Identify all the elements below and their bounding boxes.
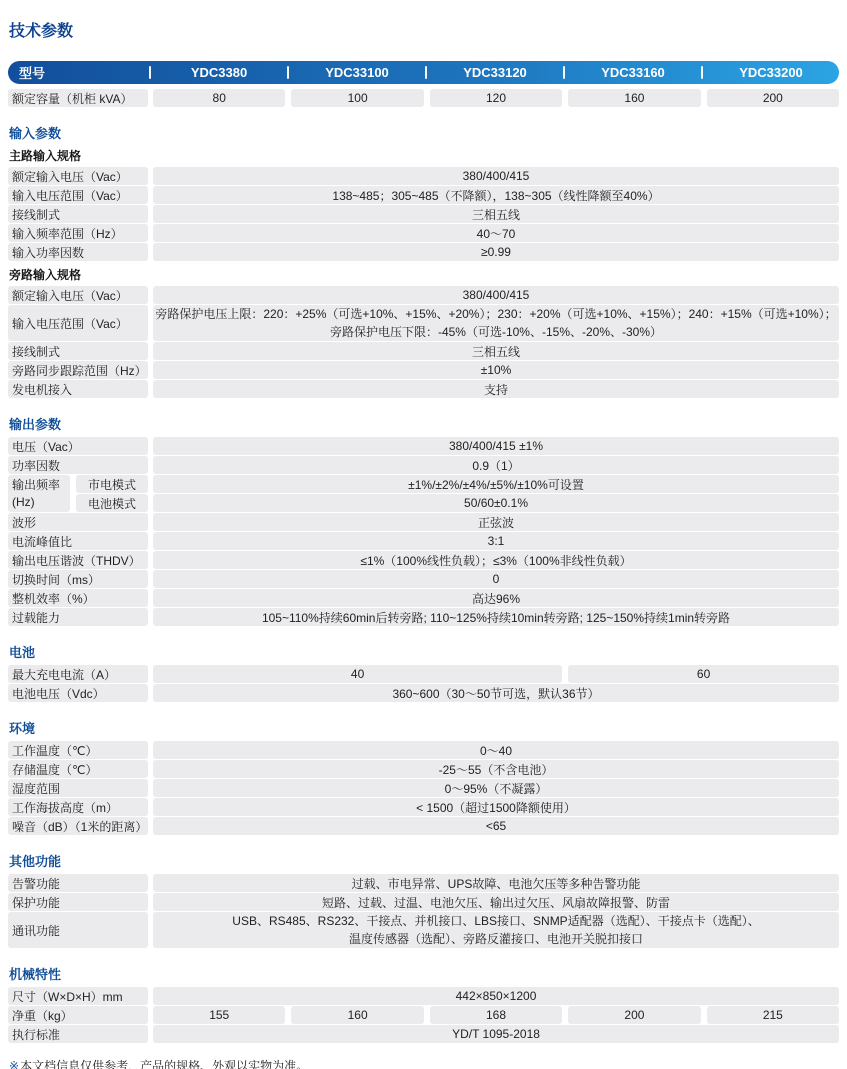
- row-label: 保护功能: [8, 893, 148, 911]
- row-values: 80 100 120 160 200: [153, 89, 839, 107]
- row-value: 0: [153, 570, 839, 588]
- spec-row-overload: 过载能力 105~110%持续60min后转旁路; 110~125%持续10mi…: [8, 608, 839, 626]
- row-value: 高达96%: [153, 589, 839, 607]
- spec-row-bypass-wiring: 接线制式 三相五线: [8, 342, 839, 360]
- value-cell: 80: [153, 89, 285, 107]
- spec-row-alarm: 告警功能 过载、市电异常、UPS故障、电池欠压等多种告警功能: [8, 874, 839, 892]
- row-value-line2: 温度传感器（选配）、旁路反灌接口、电池开关脱扣接口: [349, 930, 643, 948]
- model-name-ydc33200: YDC33200: [703, 65, 839, 80]
- row-value: 138~485；305~485（不降额），138~305（线性降额至40%）: [153, 186, 839, 204]
- row-value: 0.9（1）: [153, 456, 839, 474]
- spec-row-output-frequency: 输出频率 (Hz) 市电模式 电池模式 ±1%/±2%/±4%/±5%/±10%…: [8, 475, 839, 512]
- model-name-ydc33120: YDC33120: [427, 65, 563, 80]
- row-label: 发电机接入: [8, 380, 148, 398]
- spec-row-efficiency: 整机效率（%） 高达96%: [8, 589, 839, 607]
- row-value: 105~110%持续60min后转旁路; 110~125%持续10min转旁路;…: [153, 608, 839, 626]
- row-label: 波形: [8, 513, 148, 531]
- row-value: ≥0.99: [153, 243, 839, 261]
- spec-row-noise: 噪音（dB）（1米的距离） <65: [8, 817, 839, 835]
- value-cell-models-160-200: 60: [568, 665, 839, 683]
- row-value: <65: [153, 817, 839, 835]
- section-title-other-functions: 其他功能: [9, 851, 839, 870]
- row-value: -25～55（不含电池）: [153, 760, 839, 778]
- spec-row-bypass-sync-range: 旁路同步跟踪范围（Hz） ±10%: [8, 361, 839, 379]
- spec-row-crest-factor: 电流峰值比 3:1: [8, 532, 839, 550]
- value-cell: 120: [430, 89, 562, 107]
- row-label: 电流峰值比: [8, 532, 148, 550]
- spec-row-humidity: 湿度范围 0～95%（不凝露）: [8, 779, 839, 797]
- mains-mode-value: ±1%/±2%/±4%/±5%/±10%可设置: [153, 475, 839, 493]
- model-column-header: 型号: [8, 63, 149, 82]
- row-label-line2: (Hz): [12, 494, 70, 511]
- footnote-mark-icon: ※: [9, 1059, 19, 1069]
- value-cell: 200: [707, 89, 839, 107]
- section-title-input: 输入参数: [9, 123, 839, 142]
- row-label: 告警功能: [8, 874, 148, 892]
- spec-row-storage-temp: 存储温度（℃） -25～55（不含电池）: [8, 760, 839, 778]
- spec-row-waveform: 波形 正弦波: [8, 513, 839, 531]
- model-name-ydc3380: YDC3380: [151, 65, 287, 80]
- row-value: USB、RS485、RS232、干接点、并机接口、LBS接口、SNMP适配器（选…: [153, 912, 839, 948]
- spec-row-bypass-voltage-range: 输入电压范围（Vac） 旁路保护电压上限：220：+25%（可选+10%、+15…: [8, 305, 839, 341]
- section-title-environment: 环境: [9, 718, 839, 737]
- row-value: < 1500（超过1500降额使用）: [153, 798, 839, 816]
- row-label: 输出频率 (Hz): [8, 475, 70, 512]
- section-title-battery: 电池: [9, 642, 839, 661]
- row-label: 最大充电电流（A）: [8, 665, 148, 683]
- spec-row-output-voltage: 电压（Vac） 380/400/415 ±1%: [8, 437, 839, 455]
- value-cell: 168: [430, 1006, 562, 1024]
- row-label: 过载能力: [8, 608, 148, 626]
- row-value: 过载、市电异常、UPS故障、电池欠压等多种告警功能: [153, 874, 839, 892]
- spec-row-altitude: 工作海拔高度（m） < 1500（超过1500降额使用）: [8, 798, 839, 816]
- spec-row-generator-access: 发电机接入 支持: [8, 380, 839, 398]
- row-value: 旁路保护电压上限：220：+25%（可选+10%、+15%、+20%）；230：…: [153, 305, 839, 341]
- spec-row-bypass-rated-voltage: 额定输入电压（Vac） 380/400/415: [8, 286, 839, 304]
- row-label: 通讯功能: [8, 912, 148, 948]
- spec-row-main-power-factor: 输入功率因数 ≥0.99: [8, 243, 839, 261]
- frequency-mode-values: ±1%/±2%/±4%/±5%/±10%可设置 50/60±0.1%: [153, 475, 839, 512]
- subsection-title-bypass-input: 旁路输入规格: [9, 266, 839, 283]
- section-title-output: 输出参数: [9, 414, 839, 433]
- section-title-mechanical: 机械特性: [9, 964, 839, 983]
- row-value: 360~600（30～50节可选，默认36节）: [153, 684, 839, 702]
- row-label: 电池电压（Vdc）: [8, 684, 148, 702]
- page-title: 技术参数: [9, 18, 839, 41]
- row-label: 功率因数: [8, 456, 148, 474]
- row-value: YD/T 1095-2018: [153, 1025, 839, 1043]
- row-value-line1: USB、RS485、RS232、干接点、并机接口、LBS接口、SNMP适配器（选…: [232, 912, 759, 930]
- row-value: 正弦波: [153, 513, 839, 531]
- spec-row-standard: 执行标准 YD/T 1095-2018: [8, 1025, 839, 1043]
- spec-row-rated-capacity: 额定容量（机柜 kVA） 80 100 120 160 200: [8, 89, 839, 107]
- footnote-text: 本文档信息仅供参考，产品的规格、外观以实物为准。: [20, 1059, 308, 1069]
- row-label: 工作温度（℃）: [8, 741, 148, 759]
- row-label: 输入电压范围（Vac）: [8, 305, 148, 341]
- footnote: ※本文档信息仅供参考，产品的规格、外观以实物为准。: [8, 1057, 839, 1069]
- spec-sheet-page: 技术参数 型号 YDC3380 YDC33100 YDC33120 YDC331…: [0, 0, 847, 1069]
- row-value: 三相五线: [153, 205, 839, 223]
- mains-mode-label: 市电模式: [76, 475, 148, 493]
- spec-row-operating-temp: 工作温度（℃） 0～40: [8, 741, 839, 759]
- spec-row-main-freq-range: 输入频率范围（Hz） 40～70: [8, 224, 839, 242]
- value-cell: 215: [707, 1006, 839, 1024]
- spec-row-main-rated-voltage: 额定输入电压（Vac） 380/400/415: [8, 167, 839, 185]
- spec-row-protection: 保护功能 短路、过载、过温、电池欠压、输出过欠压、风扇故障报警、防雷: [8, 893, 839, 911]
- row-value-line2: 旁路保护电压下限：-45%（可选-10%、-15%、-20%、-30%）: [330, 323, 662, 341]
- row-label: 旁路同步跟踪范围（Hz）: [8, 361, 148, 379]
- row-label: 输入电压范围（Vac）: [8, 186, 148, 204]
- row-values: 155 160 168 200 215: [153, 1006, 839, 1024]
- model-name-ydc33160: YDC33160: [565, 65, 701, 80]
- value-cell: 155: [153, 1006, 285, 1024]
- row-label: 工作海拔高度（m）: [8, 798, 148, 816]
- value-cell: 160: [291, 1006, 423, 1024]
- battery-mode-value: 50/60±0.1%: [153, 494, 839, 512]
- row-label: 输入频率范围（Hz）: [8, 224, 148, 242]
- row-values: 40 60: [153, 665, 839, 683]
- battery-mode-label: 电池模式: [76, 494, 148, 512]
- row-value: 442×850×1200: [153, 987, 839, 1005]
- row-value: 380/400/415 ±1%: [153, 437, 839, 455]
- spec-row-charge-current: 最大充电电流（A） 40 60: [8, 665, 839, 683]
- subsection-title-main-input: 主路输入规格: [9, 147, 839, 164]
- row-label: 额定输入电压（Vac）: [8, 286, 148, 304]
- model-header-row: 型号 YDC3380 YDC33100 YDC33120 YDC33160 YD…: [8, 61, 839, 84]
- row-value: 380/400/415: [153, 286, 839, 304]
- value-cell-models-80-120: 40: [153, 665, 562, 683]
- spec-row-net-weight: 净重（kg） 155 160 168 200 215: [8, 1006, 839, 1024]
- row-value: ≤1%（100%线性负载）；≤3%（100%非线性负载）: [153, 551, 839, 569]
- row-value: 40～70: [153, 224, 839, 242]
- value-cell: 160: [568, 89, 700, 107]
- row-label: 湿度范围: [8, 779, 148, 797]
- row-label: 尺寸（W×D×H）mm: [8, 987, 148, 1005]
- model-name-ydc33100: YDC33100: [289, 65, 425, 80]
- value-cell: 200: [568, 1006, 700, 1024]
- spec-row-dimensions: 尺寸（W×D×H）mm 442×850×1200: [8, 987, 839, 1005]
- value-cell: 100: [291, 89, 423, 107]
- row-label: 净重（kg）: [8, 1006, 148, 1024]
- row-label: 噪音（dB）（1米的距离）: [8, 817, 148, 835]
- spec-row-main-voltage-range: 输入电压范围（Vac） 138~485；305~485（不降额），138~305…: [8, 186, 839, 204]
- row-value: 3:1: [153, 532, 839, 550]
- row-value: 三相五线: [153, 342, 839, 360]
- row-label: 电压（Vac）: [8, 437, 148, 455]
- spec-row-transfer-time: 切换时间（ms） 0: [8, 570, 839, 588]
- row-value: 短路、过载、过温、电池欠压、输出过欠压、风扇故障报警、防雷: [153, 893, 839, 911]
- spec-row-main-wiring: 接线制式 三相五线: [8, 205, 839, 223]
- spec-row-thdv: 输出电压谐波（THDV） ≤1%（100%线性负载）；≤3%（100%非线性负载…: [8, 551, 839, 569]
- row-label: 存储温度（℃）: [8, 760, 148, 778]
- row-label-line1: 输出频率: [12, 477, 70, 494]
- row-label: 接线制式: [8, 342, 148, 360]
- row-label: 整机效率（%）: [8, 589, 148, 607]
- frequency-mode-labels: 市电模式 电池模式: [76, 475, 148, 512]
- row-value: 0～95%（不凝露）: [153, 779, 839, 797]
- spec-row-communication: 通讯功能 USB、RS485、RS232、干接点、并机接口、LBS接口、SNMP…: [8, 912, 839, 948]
- row-label: 输入功率因数: [8, 243, 148, 261]
- row-label: 输出电压谐波（THDV）: [8, 551, 148, 569]
- row-value: 380/400/415: [153, 167, 839, 185]
- row-value-line1: 旁路保护电压上限：220：+25%（可选+10%、+15%、+20%）；230：…: [155, 305, 836, 323]
- row-label: 接线制式: [8, 205, 148, 223]
- spec-row-output-power-factor: 功率因数 0.9（1）: [8, 456, 839, 474]
- row-label: 额定输入电压（Vac）: [8, 167, 148, 185]
- spec-row-battery-voltage: 电池电压（Vdc） 360~600（30～50节可选，默认36节）: [8, 684, 839, 702]
- row-label: 执行标准: [8, 1025, 148, 1043]
- row-value: 0～40: [153, 741, 839, 759]
- row-label: 额定容量（机柜 kVA）: [8, 89, 148, 107]
- row-label: 切换时间（ms）: [8, 570, 148, 588]
- row-value: 支持: [153, 380, 839, 398]
- row-value: ±10%: [153, 361, 839, 379]
